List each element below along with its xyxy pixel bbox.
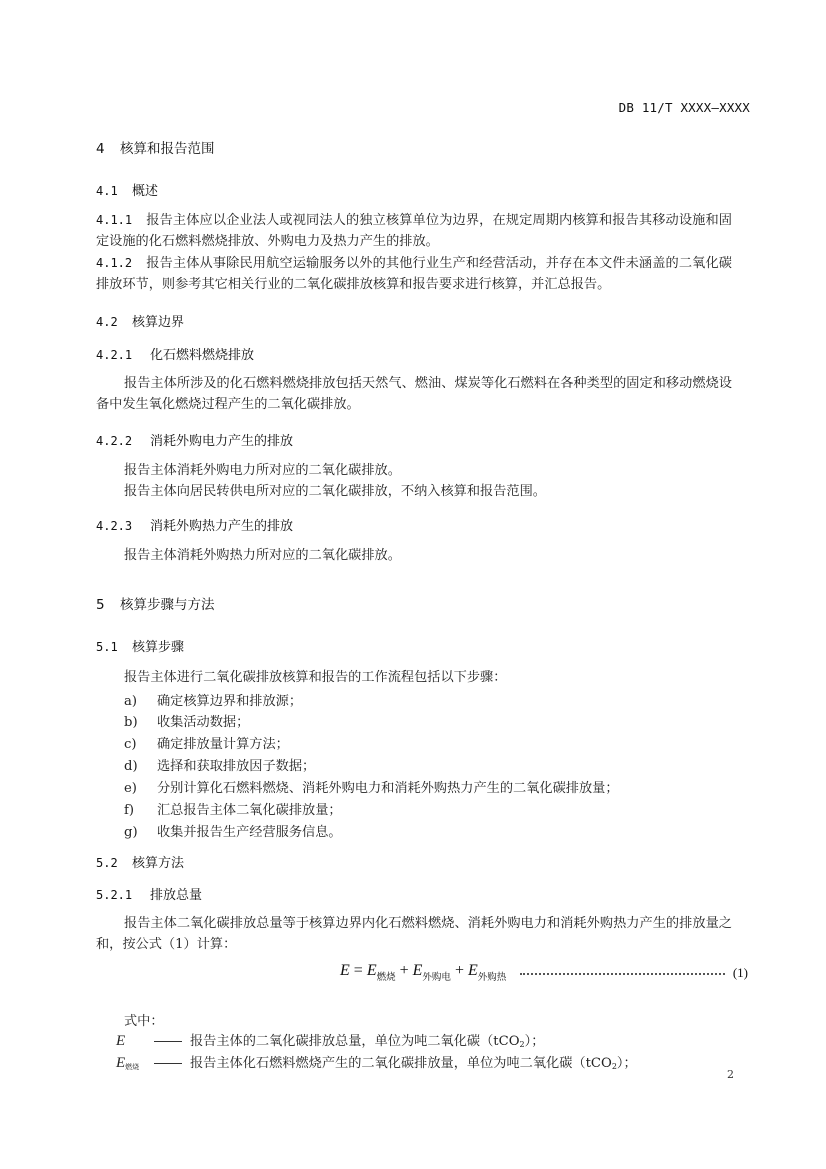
list-item: c)确定排放量计算方法； — [124, 733, 289, 752]
section-title: 核算步骤 — [132, 640, 184, 655]
variable-symbol: E燃烧 — [116, 1055, 154, 1072]
section-5-2-1-heading: 5.2.1排放总量 — [96, 884, 826, 903]
variable-description: 报告主体化石燃料燃烧产生的二氧化碳排放量，单位为吨二氧化碳（tCO2）； — [190, 1056, 637, 1071]
clause-4-1-1: 4.1.1报告主体应以企业法人或视同法人的独立核算单位为边界，在规定周期内核算和… — [96, 210, 732, 252]
document-code: DB 11/T XXXX—XXXX — [619, 100, 750, 115]
section-number: 5.2 — [96, 856, 132, 870]
section-4-heading: 4核算和报告范围 — [96, 137, 826, 157]
section-title: 核算边界 — [132, 315, 184, 330]
section-number: 5.2.1 — [96, 888, 150, 902]
page-number: 2 — [727, 1068, 734, 1081]
list-marker: d) — [124, 759, 157, 774]
list-text: 收集并报告生产经营服务信息。 — [157, 825, 342, 840]
section-title: 消耗外购热力产生的排放 — [150, 519, 293, 534]
variable-definition: E报告主体的二氧化碳排放总量，单位为吨二氧化碳（tCO2）； — [116, 1030, 544, 1050]
section-5-1-heading: 5.1核算步骤 — [96, 636, 826, 655]
list-marker: b) — [124, 715, 157, 730]
list-item: e)分别计算化石燃料燃烧、消耗外购电力和消耗外购热力产生的二氧化碳排放量； — [124, 777, 619, 796]
document-page: DB 11/T XXXX—XXXX 4核算和报告范围 4.1概述 4.1.1报告… — [0, 0, 826, 1169]
section-4-2-1-heading: 4.2.1化石燃料燃烧排放 — [96, 344, 826, 363]
definition-dash — [154, 1063, 182, 1064]
list-text: 确定排放量计算方法； — [157, 737, 289, 752]
definition-dash — [154, 1041, 182, 1042]
clause-text: 报告主体从事除民用航空运输服务以外的其他行业生产和经营活动，并存在本文件未涵盖的… — [96, 256, 732, 292]
section-number: 5.1 — [96, 640, 132, 654]
section-4-1-heading: 4.1概述 — [96, 180, 826, 199]
equation-number: (1) — [733, 965, 748, 981]
list-marker: c) — [124, 737, 157, 752]
list-item: f)汇总报告主体二氧化碳排放量； — [124, 799, 342, 818]
list-marker: a) — [124, 694, 157, 709]
section-title: 核算和报告范围 — [120, 141, 215, 157]
formula-term-2: E — [413, 962, 423, 979]
clause-text: 报告主体应以企业法人或视同法人的独立核算单位为边界，在规定周期内核算和报告其移动… — [96, 213, 732, 249]
variable-definition: E燃烧报告主体化石燃料燃烧产生的二氧化碳排放量，单位为吨二氧化碳（tCO2）； — [116, 1052, 637, 1072]
section-title: 概述 — [132, 184, 158, 199]
section-title: 排放总量 — [150, 888, 202, 903]
list-item: a)确定核算边界和排放源； — [124, 690, 302, 709]
section-number: 4.2.3 — [96, 519, 150, 533]
variable-symbol: E — [116, 1033, 154, 1050]
list-text: 汇总报告主体二氧化碳排放量； — [157, 803, 342, 818]
formula-plus: + — [396, 962, 413, 979]
section-title: 化石燃料燃烧排放 — [150, 348, 254, 363]
list-marker: g) — [124, 825, 157, 840]
list-text: 选择和获取排放因子数据； — [157, 759, 315, 774]
variable-description: 报告主体的二氧化碳排放总量，单位为吨二氧化碳（tCO2）； — [190, 1034, 544, 1049]
list-marker: f) — [124, 803, 157, 818]
section-title: 消耗外购电力产生的排放 — [150, 434, 293, 449]
paragraph-4-2-3: 报告主体消耗外购热力所对应的二氧化碳排放。 — [124, 545, 401, 566]
steps-intro: 报告主体进行二氧化碳排放核算和报告的工作流程包括以下步骤： — [124, 667, 506, 688]
leader-dots — [520, 964, 725, 975]
formula-term-2-subscript: 外购电 — [422, 973, 451, 983]
section-5-heading: 5核算步骤与方法 — [96, 593, 826, 613]
formula-plus: + — [451, 962, 468, 979]
list-text: 分别计算化石燃料燃烧、消耗外购电力和消耗外购热力产生的二氧化碳排放量； — [157, 781, 619, 796]
list-marker: e) — [124, 781, 157, 796]
paragraph-4-2-2-line-1: 报告主体消耗外购电力所对应的二氧化碳排放。 — [124, 460, 401, 481]
section-number: 4.1 — [96, 184, 132, 198]
formula-term-1: E — [367, 962, 377, 979]
section-number: 4.2.1 — [96, 348, 150, 362]
formula-1: E = E燃烧 + E外购电 + E外购热 (1) — [340, 962, 750, 988]
paragraph-4-2-2-line-2: 报告主体向居民转供电所对应的二氧化碳排放，不纳入核算和报告范围。 — [124, 481, 546, 502]
formula-term-1-subscript: 燃烧 — [377, 973, 396, 983]
section-4-2-3-heading: 4.2.3消耗外购热力产生的排放 — [96, 515, 826, 534]
section-number: 4 — [96, 141, 120, 157]
list-text: 收集活动数据； — [157, 715, 249, 730]
formula-term-3-subscript: 外购热 — [478, 973, 507, 983]
section-number: 5 — [96, 597, 120, 613]
clause-number: 4.1.1 — [96, 213, 132, 227]
formula-term-3: E — [468, 962, 478, 979]
section-number: 4.2 — [96, 315, 132, 329]
formula-lhs: E — [340, 962, 350, 979]
section-4-2-heading: 4.2核算边界 — [96, 311, 826, 330]
section-number: 4.2.2 — [96, 434, 150, 448]
where-label: 式中： — [124, 1011, 164, 1032]
section-title: 核算步骤与方法 — [120, 597, 215, 613]
clause-4-1-2: 4.1.2报告主体从事除民用航空运输服务以外的其他行业生产和经营活动，并存在本文… — [96, 253, 732, 295]
clause-number: 4.1.2 — [96, 256, 132, 270]
list-text: 确定核算边界和排放源； — [157, 694, 302, 709]
section-5-2-heading: 5.2核算方法 — [96, 852, 826, 871]
section-title: 核算方法 — [132, 856, 184, 871]
paragraph-5-2-1: 报告主体二氧化碳排放总量等于核算边界内化石燃料燃烧、消耗外购电力和消耗外购热力产… — [96, 913, 732, 955]
formula-equals: = — [350, 962, 367, 979]
list-item: d)选择和获取排放因子数据； — [124, 755, 315, 774]
list-item: g)收集并报告生产经营服务信息。 — [124, 821, 342, 840]
list-item: b)收集活动数据； — [124, 711, 249, 730]
paragraph-4-2-1: 报告主体所涉及的化石燃料燃烧排放包括天然气、燃油、煤炭等化石燃料在各种类型的固定… — [96, 373, 732, 415]
section-4-2-2-heading: 4.2.2消耗外购电力产生的排放 — [96, 430, 826, 449]
